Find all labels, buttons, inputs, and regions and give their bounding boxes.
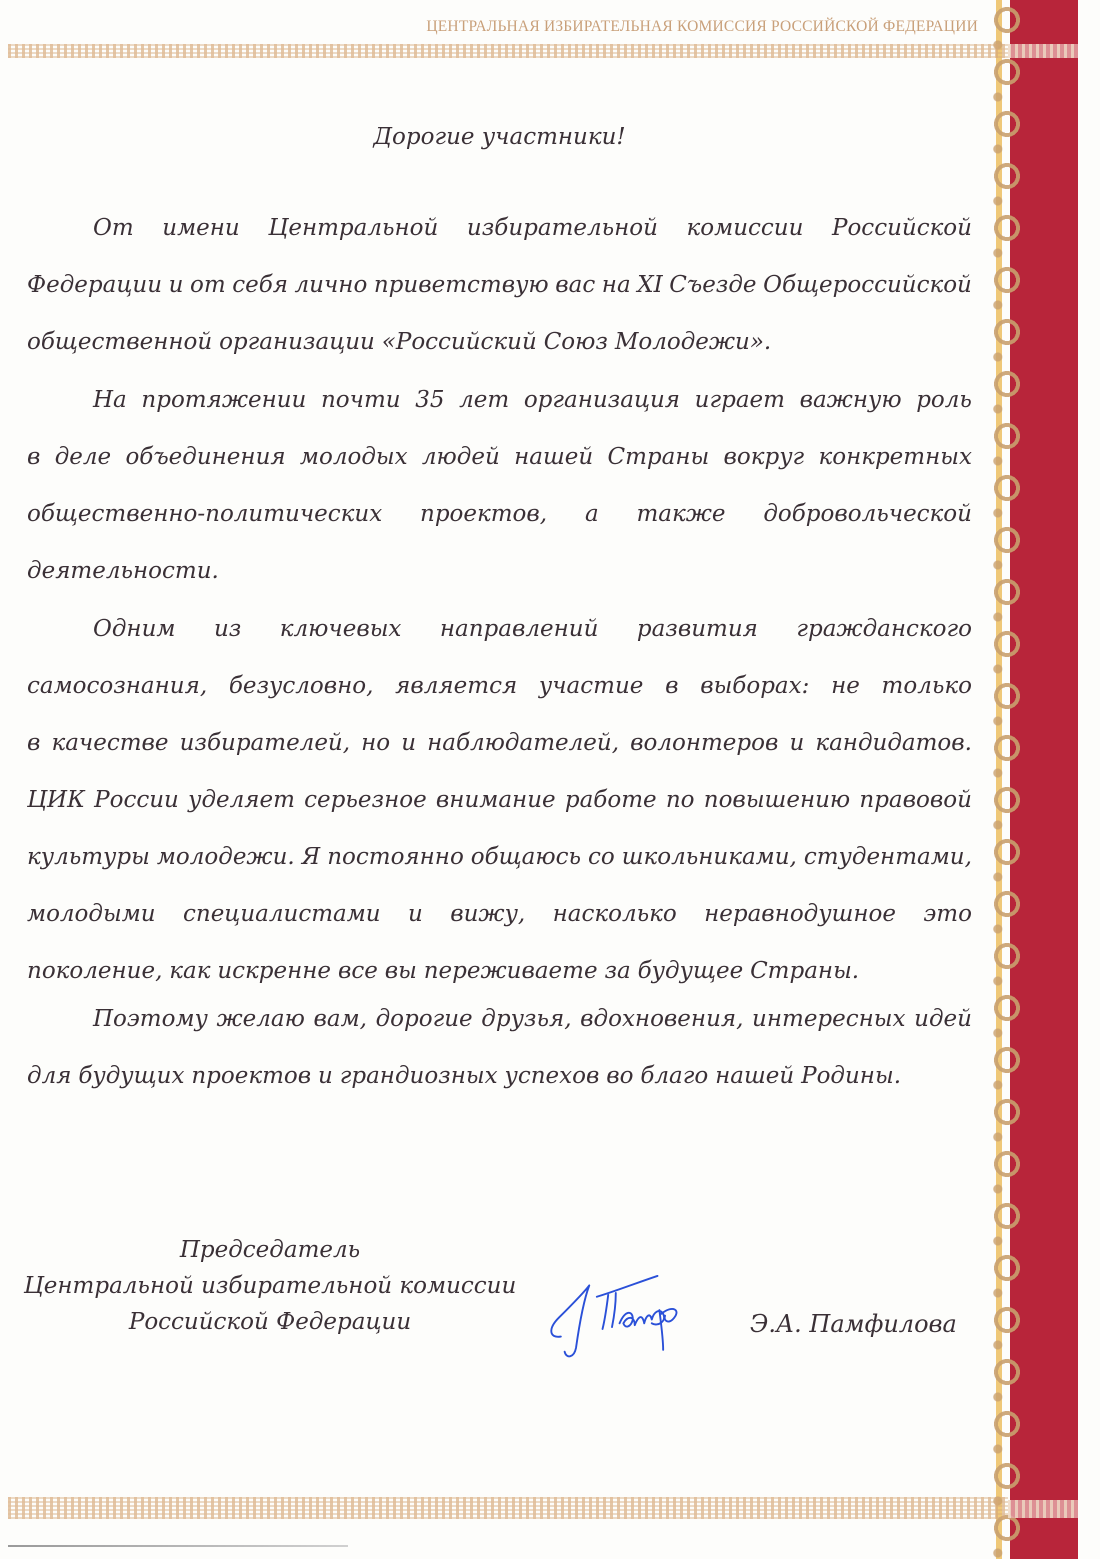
text-line: ЦИКРоссииуделяетсерьезноевниманиеработеп… xyxy=(27,787,972,817)
bottom-lace-over-red xyxy=(1008,1500,1078,1518)
word: комиссии xyxy=(687,215,804,245)
word: неравнодушное xyxy=(704,901,896,931)
word: Съезде xyxy=(669,272,756,302)
word: будущих xyxy=(78,1063,184,1093)
word: XI xyxy=(637,272,662,302)
text-line: культурымолодежи.Япостояннообщаюсьсошкол… xyxy=(27,844,972,874)
word: это xyxy=(923,901,972,931)
signer-title-line: Председатель xyxy=(0,1232,540,1268)
word: Федерации xyxy=(27,272,162,302)
word: от xyxy=(190,272,226,302)
handwritten-signature-icon xyxy=(540,1272,720,1367)
word: Одним xyxy=(93,616,175,646)
letterhead-title: ЦЕНТРАЛЬНАЯ ИЗБИРАТЕЛЬНАЯ КОМИССИЯ РОССИ… xyxy=(426,18,978,36)
word: дорогие xyxy=(376,1006,473,1036)
word: со xyxy=(588,844,615,874)
word: насколько xyxy=(553,901,677,931)
word: Страны xyxy=(607,444,709,474)
word: будущее xyxy=(638,958,744,988)
word: 35 xyxy=(415,387,444,417)
word: для xyxy=(27,1063,71,1093)
word: и xyxy=(169,272,184,302)
word: вижу, xyxy=(450,901,525,931)
word: в xyxy=(27,444,40,474)
word: Российской xyxy=(832,215,972,245)
word: России xyxy=(94,787,179,817)
word: вас xyxy=(555,272,595,302)
word: организации xyxy=(219,329,375,359)
word: избирательной xyxy=(467,215,658,245)
salutation: Дорогие участники! xyxy=(27,124,972,150)
word: деле xyxy=(55,444,111,474)
word: вам, xyxy=(313,1006,366,1036)
signer-title-line: Центральной избирательной комиссии xyxy=(0,1268,540,1304)
text-line: деятельности. xyxy=(27,558,972,588)
word: нашей xyxy=(715,1063,794,1093)
signer-name: Э.А. Памфилова xyxy=(750,1310,957,1338)
word: поколение, xyxy=(27,958,162,988)
text-line: Однимизключевыхнаправленийразвитиягражда… xyxy=(27,616,972,646)
text-line: вкачествеизбирателей,ноинаблюдателей,вол… xyxy=(27,730,972,760)
text-line: поколение,какискренневсевыпереживаетезаб… xyxy=(27,958,972,988)
word: качестве xyxy=(51,730,168,760)
word: «Российский xyxy=(382,329,537,359)
word: серьезное xyxy=(304,787,427,817)
word: внимание xyxy=(436,787,556,817)
text-line: Поэтомужелаювам,дорогиедрузья,вдохновени… xyxy=(27,1006,972,1036)
word: Родины. xyxy=(801,1063,901,1093)
word: вокруг xyxy=(724,444,805,474)
word: искренне xyxy=(217,958,331,988)
word: важную xyxy=(800,387,902,417)
word: во xyxy=(606,1063,633,1093)
word: себя xyxy=(232,272,288,302)
word: Поэтому xyxy=(93,1006,208,1036)
word: друзья, xyxy=(481,1006,571,1036)
word: по xyxy=(666,787,695,817)
word: Страны. xyxy=(750,958,859,988)
word: и xyxy=(789,730,804,760)
word: протяжении xyxy=(141,387,306,417)
word: деятельности. xyxy=(27,558,219,588)
word: наблюдателей, xyxy=(427,730,619,760)
word: людей xyxy=(422,444,500,474)
word: проектов xyxy=(191,1063,311,1093)
word: и xyxy=(408,901,423,931)
word: общественной xyxy=(27,329,212,359)
signer-title: Председатель Центральной избирательной к… xyxy=(0,1232,540,1340)
word: нашей xyxy=(514,444,593,474)
word: волонтеров xyxy=(630,730,778,760)
word: также xyxy=(636,501,725,531)
word: играет xyxy=(695,387,785,417)
word: безусловно, xyxy=(229,673,374,703)
word: специалистами xyxy=(183,901,381,931)
text-line: ОтимениЦентральнойизбирательнойкомиссииР… xyxy=(27,215,972,245)
signer-title-line: Российской Федерации xyxy=(0,1304,540,1340)
word: правовой xyxy=(859,787,972,817)
word: молодых xyxy=(300,444,408,474)
word: в xyxy=(665,673,678,703)
word: только xyxy=(882,673,972,703)
top-lace-over-red xyxy=(1008,44,1078,58)
word: интересных xyxy=(752,1006,905,1036)
text-line: Напротяжениипочти35леторганизацияиграетв… xyxy=(27,387,972,417)
word: из xyxy=(214,616,241,646)
text-line: молодымиспециалистамиивижу,наскольконера… xyxy=(27,901,972,931)
word: гражданского xyxy=(796,616,972,646)
text-line: ФедерациииотсебяличноприветствуюваснаXIС… xyxy=(27,272,972,302)
word: выборах: xyxy=(700,673,809,703)
word: Общероссийской xyxy=(763,272,972,302)
word: вдохновения, xyxy=(580,1006,743,1036)
word: развития xyxy=(637,616,758,646)
word: кандидатов. xyxy=(815,730,972,760)
word: ЦИК xyxy=(27,787,85,817)
word: общественно-политических xyxy=(27,501,382,531)
word: Молодежи». xyxy=(615,329,771,359)
word: проектов, xyxy=(420,501,547,531)
word: вы xyxy=(385,958,417,988)
word: за xyxy=(604,958,630,988)
bottom-rule xyxy=(8,1545,348,1547)
word: на xyxy=(602,272,631,302)
word: все xyxy=(338,958,378,988)
word: благо xyxy=(640,1063,708,1093)
text-line: самосознания,безусловно,являетсяучастиев… xyxy=(27,673,972,703)
word: а xyxy=(585,501,599,531)
word: молодежи. xyxy=(157,844,295,874)
word: объединения xyxy=(125,444,285,474)
word: грандиозных xyxy=(340,1063,498,1093)
text-line: вделеобъединениямолодыхлюдейнашейСтраныв… xyxy=(27,444,972,474)
word: От xyxy=(93,215,134,245)
word: организация xyxy=(524,387,680,417)
word: повышению xyxy=(704,787,850,817)
bottom-lace-border xyxy=(8,1497,1008,1519)
word: работе xyxy=(565,787,657,817)
word: лично xyxy=(295,272,368,302)
word: конкретных xyxy=(818,444,971,474)
word: школьниками, xyxy=(622,844,797,874)
word: студентами, xyxy=(804,844,972,874)
top-lace-border xyxy=(8,44,1008,58)
word: имени xyxy=(162,215,239,245)
word: является xyxy=(395,673,517,703)
word: культуры xyxy=(27,844,150,874)
word: На xyxy=(93,387,127,417)
word: желаю xyxy=(216,1006,304,1036)
word: и xyxy=(318,1063,333,1093)
word: лет xyxy=(459,387,509,417)
word: общаюсь xyxy=(471,844,581,874)
word: самосознания, xyxy=(27,673,207,703)
word: постоянно xyxy=(327,844,464,874)
text-line: общественнойорганизации«РоссийскийСоюзМо… xyxy=(27,329,972,359)
word: Центральной xyxy=(268,215,438,245)
text-line: общественно-политическихпроектов,атакжед… xyxy=(27,501,972,531)
word: приветствую xyxy=(374,272,549,302)
word: Я xyxy=(302,844,321,874)
word: направлений xyxy=(440,616,599,646)
word: как xyxy=(169,958,210,988)
word: в xyxy=(27,730,40,760)
word: Союз xyxy=(544,329,608,359)
word: добровольческой xyxy=(763,501,972,531)
word: и xyxy=(401,730,416,760)
word: уделяет xyxy=(188,787,295,817)
word: избирателей, xyxy=(180,730,350,760)
word: почти xyxy=(321,387,401,417)
word: молодыми xyxy=(27,901,156,931)
word: успехов xyxy=(504,1063,599,1093)
ornament-border-icon xyxy=(984,0,1030,1559)
text-line: длябудущихпроектовиграндиозныхуспеховвоб… xyxy=(27,1063,972,1093)
word: не xyxy=(831,673,860,703)
word: но xyxy=(361,730,390,760)
word: ключевых xyxy=(280,616,402,646)
word: идей xyxy=(914,1006,972,1036)
word: роль xyxy=(916,387,972,417)
word: переживаете xyxy=(424,958,598,988)
word: участие xyxy=(539,673,643,703)
